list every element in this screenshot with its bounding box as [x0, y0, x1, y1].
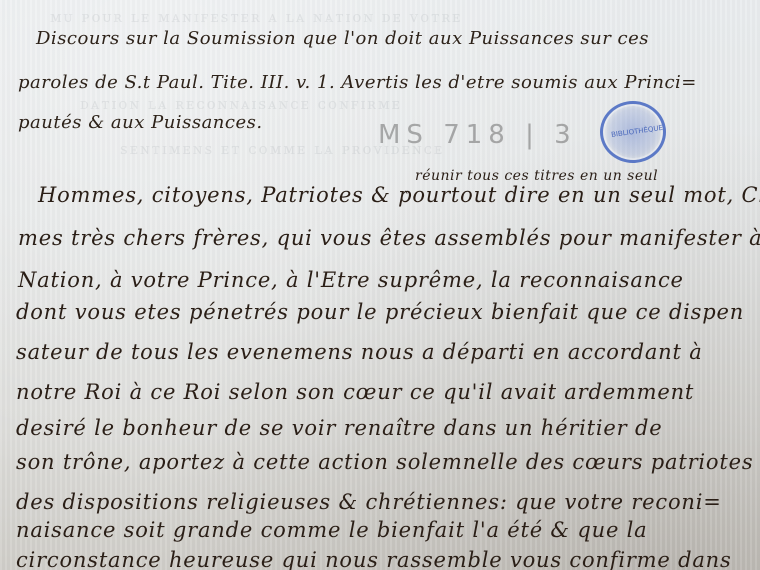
body-line-7: desiré le bonheur de se voir renaître da…: [16, 416, 662, 440]
body-line-3: Nation, à votre Prince, à l'Etre suprême…: [18, 268, 684, 292]
body-line-9: des dispositions religieuses & chrétienn…: [16, 490, 722, 514]
body-line-11: circonstance heureuse qui nous rassemble…: [16, 548, 732, 570]
heading-line-3: pautés & aux Puissances.: [18, 112, 263, 133]
body-line-8: son trône, aportez à cette action solemn…: [16, 450, 753, 474]
body-line-6: notre Roi à ce Roi selon son cœur ce qu'…: [16, 380, 694, 404]
body-line-1: Hommes, citoyens, Patriotes & pourtout d…: [38, 183, 760, 207]
body-line-10: naisance soit grande comme le bienfait l…: [16, 518, 648, 542]
bleed-through-text: ᴍᴜ ᴘᴏᴜʀ ʟᴇ ᴍᴀɴɪꜰᴇꜱᴛᴇʀ ᴀ ʟᴀ ɴᴀᴛɪᴏɴ ᴅᴇ ᴠᴏᴛ…: [50, 8, 462, 26]
heading-line-2: paroles de S.t Paul. Tite. III. v. 1. Av…: [18, 72, 697, 93]
bleed-through-text: ᴅᴀᴛɪᴏɴ ʟᴀ ʀᴇᴄᴏɴɴᴀɪꜱᴀɴᴄᴇ ᴄᴏɴꜰɪʀᴍᴇ: [80, 95, 402, 113]
stamp-text: BIBLIOTHÈQUE: [611, 125, 656, 139]
shelfmark-pencil-note: MS 718 | 3: [378, 120, 577, 150]
heading-line-1: Discours sur la Soumission que l'on doit…: [36, 28, 649, 49]
body-line-4: dont vous etes pénetrés pour le précieux…: [16, 300, 744, 324]
body-line-2: mes très chers frères, qui vous êtes ass…: [18, 226, 760, 250]
interlinear-insertion: réunir tous ces titres en un seul: [415, 168, 658, 184]
library-stamp: BIBLIOTHÈQUE: [600, 101, 666, 163]
body-line-5: sateur de tous les evenemens nous a dépa…: [16, 340, 703, 364]
